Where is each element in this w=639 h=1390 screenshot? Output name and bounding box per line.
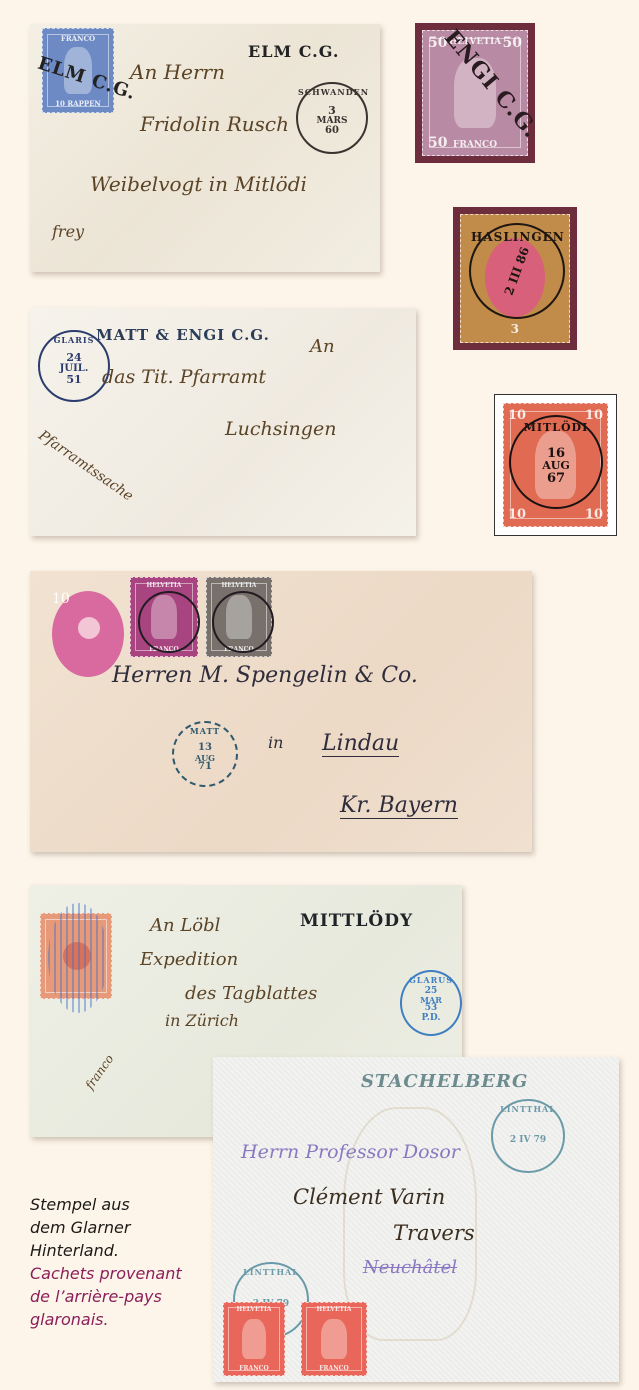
address-line: An Herrn [130,60,225,84]
caption-german-line: Hinterland. [30,1239,205,1262]
postmark-mitloedi: MITLÖDI 16 AUG 67 [509,415,603,509]
address-line: Expedition [140,949,238,970]
stamp-engi-frame: HELVETIA FRANCO 50 50 50 ENGI C.G. [415,23,535,163]
address-line: Pfarramtssache [35,427,135,504]
address-line: Lindau [322,731,399,757]
straight-line-cancel: MATT & ENGI C.G. [96,326,270,344]
postmark-schwanden: SCHWANDEN 3 MARS 60 [296,82,368,154]
address-line: An [310,336,335,357]
caption-french-line: Cachets provenant [30,1262,205,1285]
address-line: Weibelvogt in Mitlödi [90,172,307,196]
postmark-matt-on-stamp [212,591,274,653]
address-line: Luchsingen [225,418,336,440]
stamp-red-10-right: HELVETIA FRANCO [301,1302,367,1376]
address-line: An Löbl [150,915,220,936]
straight-line-cancel: ELM C.G. [248,42,339,61]
caption-german-line: dem Glarner [30,1216,205,1239]
straight-line-cancel: MITTLÖDY [300,911,413,931]
cover-elm: FRANCO 10 RAPPEN ELM C.G. ELM C.G. SCHWA… [30,24,380,272]
caption-german-line: Stempel aus [30,1193,205,1216]
grid-cancel [48,903,108,1013]
address-line: Herren M. Spengelin & Co. [112,663,418,688]
caption-french-line: glaronais. [30,1308,205,1331]
address-line: franco [83,1052,117,1092]
stamp-haslingen-frame: 3 HASLINGEN 2 III 86 [453,207,577,350]
caption: Stempel aus dem Glarner Hinterland. Cach… [30,1193,205,1331]
cover-stachelberg: STACHELBERG LINTTHAL 2 IV 79 LINTTHAL 2 … [213,1057,619,1382]
address-line: in Zürich [165,1011,239,1030]
caption-french-line: de l’arrière-pays [30,1285,205,1308]
address-line: des Tagblattes [185,983,317,1004]
straight-line-cancel: STACHELBERG [361,1071,528,1092]
address-line: Herrn Professor Dosor [241,1141,460,1163]
address-line: Kr. Bayern [340,793,458,819]
address-line: Neuchâtel [363,1257,457,1278]
postmark-linthal: LINTTHAL 2 IV 79 [491,1099,565,1173]
postmark-matt-on-stamp [138,591,200,653]
stamp-mitloedi-frame: 10 10 10 10 MITLÖDI 16 AUG 67 [494,394,617,536]
cover-matt: 10 HELVETIA FRANCO HELVETIA FRANCO MATT … [30,571,532,852]
address-line: Clément Varin [293,1185,445,1209]
address-line: Travers [393,1221,475,1245]
address-line: Fridolin Rusch [140,112,289,136]
cover-matt-engi: MATT & ENGI C.G. GLARIS 24 JUIL. 51 An d… [30,308,416,536]
postmark-haslingen: HASLINGEN 2 III 86 [469,223,565,319]
address-line: das Tit. Pfarramt [102,366,266,388]
address-line: in [268,733,283,752]
postmark-glaris: GLARIS 24 JUIL. 51 [38,330,110,402]
postmark-matt: MATT 13 AUG 71 [172,721,238,787]
postmark-glarus-pd: GLARUS 25 MAR 53 P.D. [400,970,462,1036]
address-line: frey [52,222,84,241]
stamp-red-10-left: HELVETIA FRANCO [223,1302,285,1376]
